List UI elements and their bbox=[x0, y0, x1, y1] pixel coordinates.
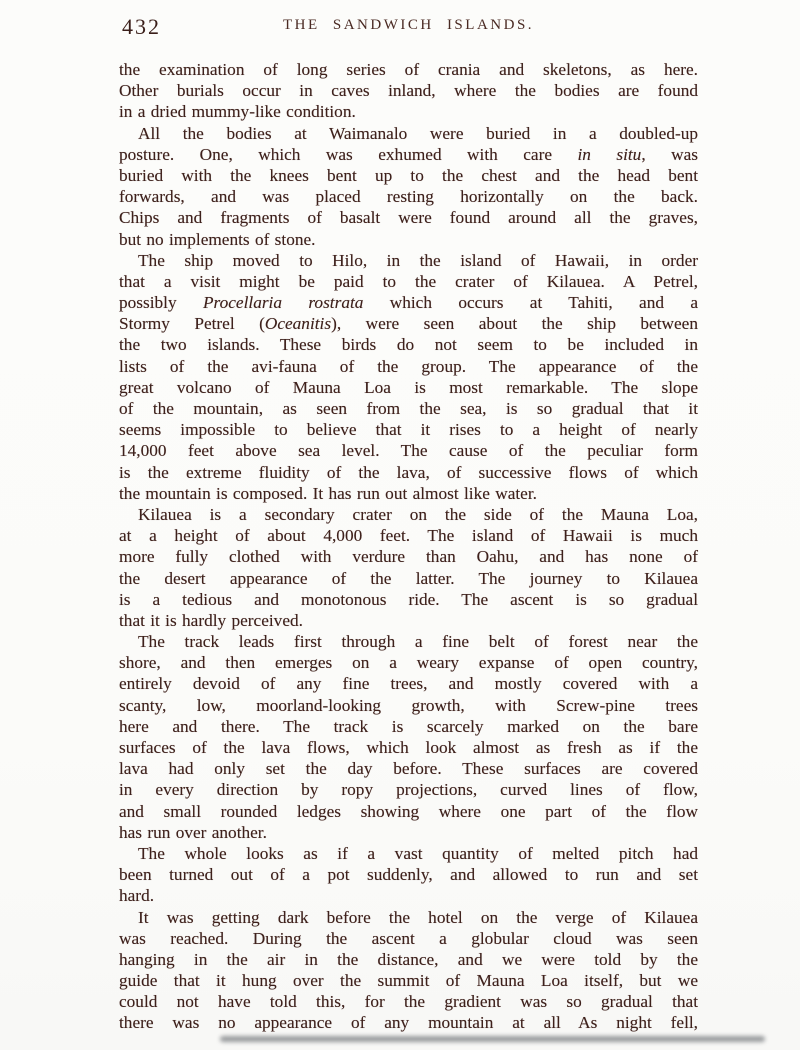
body-text: scanty, low, moorland-looking growth, wi… bbox=[119, 696, 698, 715]
body-text: and small rounded ledges showing where o… bbox=[119, 802, 698, 821]
body-text: the mountain is composed. It has run out… bbox=[119, 484, 537, 503]
italic-text: Procellaria rostrata bbox=[203, 293, 363, 312]
text-line: Stormy Petrel (Oceanitis), were seen abo… bbox=[119, 313, 698, 334]
body-text: more fully clothed with verdure than Oah… bbox=[119, 547, 698, 566]
body-text: shore, and then emerges on a weary expan… bbox=[119, 653, 698, 672]
body-text: Chips and fragments of basalt were found… bbox=[119, 208, 698, 227]
body-text: The track leads first through a fine bel… bbox=[138, 632, 698, 651]
body-text: posture. One, which was exhumed with car… bbox=[119, 145, 577, 164]
text-line: in every direction by ropy projections, … bbox=[119, 779, 698, 800]
body-text: is a tedious and monotonous ride. The as… bbox=[119, 590, 698, 609]
italic-text: in situ bbox=[577, 145, 641, 164]
body-text: All the bodies at Waimanalo were buried … bbox=[138, 124, 698, 143]
body-text: entirely devoid of any fine trees, and m… bbox=[119, 674, 698, 693]
body-text: , was bbox=[641, 145, 698, 164]
text-line: the desert appearance of the latter. The… bbox=[119, 568, 698, 589]
body-text: hard. bbox=[119, 886, 154, 905]
text-line: the two islands. These birds do not seem… bbox=[119, 334, 698, 355]
body-text: at a height of about 4,000 feet. The isl… bbox=[119, 526, 698, 545]
text-block: the examination of long series of crania… bbox=[119, 59, 698, 1034]
text-line: lists of the avi-fauna of the group. The… bbox=[119, 356, 698, 377]
text-line: hard. bbox=[119, 885, 698, 906]
body-text: that it is hardly perceived. bbox=[119, 611, 303, 630]
text-line: It was getting dark before the hotel on … bbox=[119, 907, 698, 928]
body-text: ), were seen about the ship between bbox=[331, 314, 698, 333]
body-text: has run over another. bbox=[119, 823, 267, 842]
body-text: buried with the knees bent up to the che… bbox=[119, 166, 698, 185]
running-title: THE SANDWICH ISLANDS. bbox=[119, 17, 698, 34]
body-text: guide that it hung over the summit of Ma… bbox=[119, 971, 698, 990]
body-text: there was no appearance of any mountain … bbox=[119, 1013, 698, 1032]
text-line: surfaces of the lava flows, which look a… bbox=[119, 737, 698, 758]
text-line: shore, and then emerges on a weary expan… bbox=[119, 652, 698, 673]
text-line: the examination of long series of crania… bbox=[119, 59, 698, 80]
text-line: and small rounded ledges showing where o… bbox=[119, 801, 698, 822]
body-text: that a visit might be paid to the crater… bbox=[119, 272, 698, 291]
text-line: great volcano of Mauna Loa is most remar… bbox=[119, 377, 698, 398]
book-page: 432 THE SANDWICH ISLANDS. the examinatio… bbox=[0, 0, 800, 1050]
body-text: Kilauea is a secondary crater on the sid… bbox=[138, 505, 698, 524]
text-line: here and there. The track is scarcely ma… bbox=[119, 716, 698, 737]
text-line: was reached. During the ascent a globula… bbox=[119, 928, 698, 949]
body-text: The whole looks as if a vast quantity of… bbox=[138, 844, 698, 863]
body-text: 14,000 feet above sea level. The cause o… bbox=[119, 441, 698, 460]
text-line: The track leads first through a fine bel… bbox=[119, 631, 698, 652]
body-text: forwards, and was placed resting horizon… bbox=[119, 187, 698, 206]
body-text: in a dried mummy-like condition. bbox=[119, 102, 356, 121]
scan-artifact bbox=[220, 1036, 765, 1042]
text-line: The whole looks as if a vast quantity of… bbox=[119, 843, 698, 864]
text-line: guide that it hung over the summit of Ma… bbox=[119, 970, 698, 991]
text-line: The ship moved to Hilo, in the island of… bbox=[119, 250, 698, 271]
text-line: at a height of about 4,000 feet. The isl… bbox=[119, 525, 698, 546]
text-line: there was no appearance of any mountain … bbox=[119, 1012, 698, 1033]
body-text: of the mountain, as seen from the sea, i… bbox=[119, 399, 698, 418]
body-text: possibly bbox=[119, 293, 203, 312]
text-line: entirely devoid of any fine trees, and m… bbox=[119, 673, 698, 694]
text-line: hanging in the air in the distance, and … bbox=[119, 949, 698, 970]
body-text: the desert appearance of the latter. The… bbox=[119, 569, 698, 588]
body-text: could not have told this, for the gradie… bbox=[119, 992, 698, 1011]
body-text: in every direction by ropy projections, … bbox=[119, 780, 698, 799]
text-line: posture. One, which was exhumed with car… bbox=[119, 144, 698, 165]
body-text: here and there. The track is scarcely ma… bbox=[119, 717, 698, 736]
text-line: scanty, low, moorland-looking growth, wi… bbox=[119, 695, 698, 716]
body-text: been turned out of a pot suddenly, and a… bbox=[119, 865, 698, 884]
italic-text: Oceanitis bbox=[265, 314, 331, 333]
text-line: All the bodies at Waimanalo were buried … bbox=[119, 123, 698, 144]
text-line: buried with the knees bent up to the che… bbox=[119, 165, 698, 186]
text-line: Other burials occur in caves inland, whe… bbox=[119, 80, 698, 101]
body-text: seems impossible to believe that it rise… bbox=[119, 420, 698, 439]
text-line: of the mountain, as seen from the sea, i… bbox=[119, 398, 698, 419]
body-text: great volcano of Mauna Loa is most remar… bbox=[119, 378, 698, 397]
body-text: Stormy Petrel ( bbox=[119, 314, 265, 333]
text-line: could not have told this, for the gradie… bbox=[119, 991, 698, 1012]
body-text: was reached. During the ascent a globula… bbox=[119, 929, 698, 948]
text-line: seems impossible to believe that it rise… bbox=[119, 419, 698, 440]
body-text: hanging in the air in the distance, and … bbox=[119, 950, 698, 969]
text-line: is a tedious and monotonous ride. The as… bbox=[119, 589, 698, 610]
body-text: lists of the avi-fauna of the group. The… bbox=[119, 357, 698, 376]
text-line: but no implements of stone. bbox=[119, 229, 698, 250]
body-text: It was getting dark before the hotel on … bbox=[138, 908, 698, 927]
body-text: which occurs at Tahiti, and a bbox=[363, 293, 698, 312]
text-line: Chips and fragments of basalt were found… bbox=[119, 207, 698, 228]
body-text: the two islands. These birds do not seem… bbox=[119, 335, 698, 354]
body-text: the examination of long series of crania… bbox=[119, 60, 698, 79]
body-text: The ship moved to Hilo, in the island of… bbox=[138, 251, 698, 270]
text-line: possibly Procellaria rostrata which occu… bbox=[119, 292, 698, 313]
running-head: 432 THE SANDWICH ISLANDS. bbox=[119, 14, 698, 44]
text-line: forwards, and was placed resting horizon… bbox=[119, 186, 698, 207]
body-text: is the extreme fluidity of the lava, of … bbox=[119, 463, 698, 482]
body-text: lava had only set the day before. These … bbox=[119, 759, 698, 778]
body-text: Other burials occur in caves inland, whe… bbox=[119, 81, 698, 100]
text-line: in a dried mummy-like condition. bbox=[119, 101, 698, 122]
body-text: but no implements of stone. bbox=[119, 230, 315, 249]
text-line: 14,000 feet above sea level. The cause o… bbox=[119, 440, 698, 461]
text-line: that it is hardly perceived. bbox=[119, 610, 698, 631]
text-line: been turned out of a pot suddenly, and a… bbox=[119, 864, 698, 885]
text-line: lava had only set the day before. These … bbox=[119, 758, 698, 779]
text-line: is the extreme fluidity of the lava, of … bbox=[119, 462, 698, 483]
text-line: Kilauea is a secondary crater on the sid… bbox=[119, 504, 698, 525]
text-line: more fully clothed with verdure than Oah… bbox=[119, 546, 698, 567]
text-line: that a visit might be paid to the crater… bbox=[119, 271, 698, 292]
text-line: has run over another. bbox=[119, 822, 698, 843]
text-line: the mountain is composed. It has run out… bbox=[119, 483, 698, 504]
body-text: surfaces of the lava flows, which look a… bbox=[119, 738, 698, 757]
